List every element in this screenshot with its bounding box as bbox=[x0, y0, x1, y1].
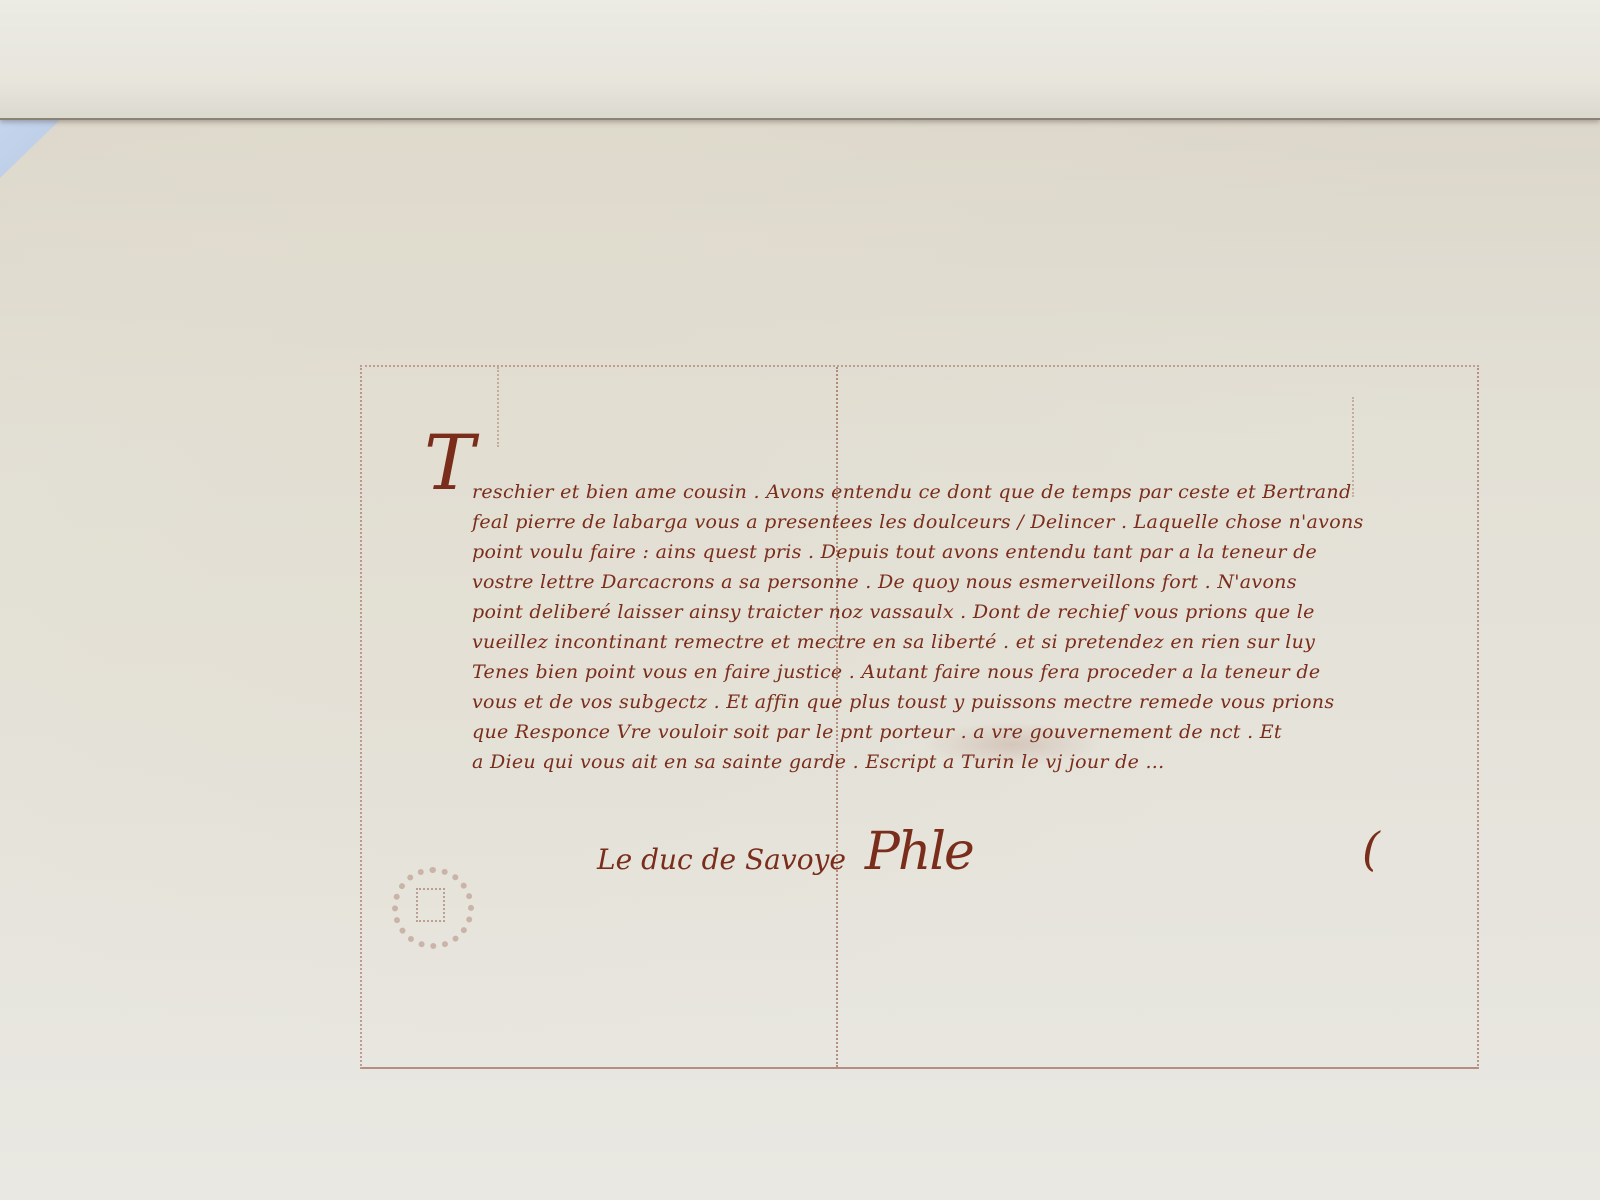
letter-line: reschier et bien ame cousin . Avons ente… bbox=[472, 477, 1472, 507]
facsimile-letter: T reschier et bien ame cousin . Avons en… bbox=[360, 365, 1479, 1069]
letter-line: vostre lettre Darcacrons a sa personne .… bbox=[472, 567, 1472, 597]
decorated-initial: T bbox=[424, 425, 475, 501]
closing-mark: ( bbox=[1362, 822, 1380, 876]
book-page: T reschier et bien ame cousin . Avons en… bbox=[0, 110, 1600, 1200]
letter-line: a Dieu qui vous ait en sa sainte garde .… bbox=[472, 747, 1472, 777]
seal-trace-icon bbox=[392, 867, 474, 949]
facing-page-edge bbox=[0, 0, 1600, 120]
letter-body: reschier et bien ame cousin . Avons ente… bbox=[472, 477, 1472, 777]
letter-line: que Responce Vre vouloir soit par le pnt… bbox=[472, 717, 1472, 747]
letter-line: vous et de vos subgectz . Et affin que p… bbox=[472, 687, 1472, 717]
letter-line: point deliberé laisser ainsy traicter no… bbox=[472, 597, 1472, 627]
signature: Le duc de Savoye Phle bbox=[597, 822, 973, 882]
signature-paraph: Phle bbox=[865, 822, 973, 882]
letter-line: point voulu faire : ains quest pris . De… bbox=[472, 537, 1472, 567]
letter-line: Tenes bien point vous en faire justice .… bbox=[472, 657, 1472, 687]
letter-line: feal pierre de labarga vous a presentees… bbox=[472, 507, 1472, 537]
fold-line bbox=[497, 367, 499, 447]
signature-text: Le duc de Savoye bbox=[597, 843, 846, 876]
letter-line: vueillez incontinant remectre et mectre … bbox=[472, 627, 1472, 657]
